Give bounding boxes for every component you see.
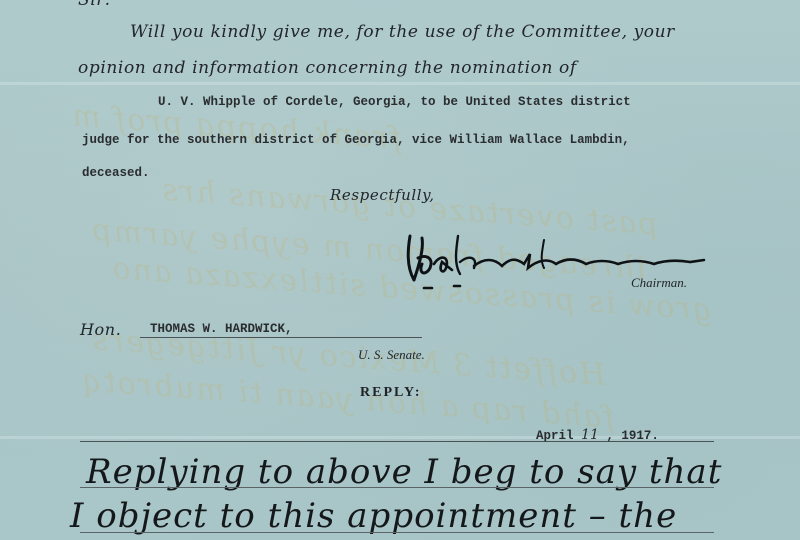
nomination-line-1: U. V. Whipple of Cordele, Georgia, to be… xyxy=(158,95,631,109)
addressee-rule xyxy=(140,337,422,338)
reply-heading: REPLY: xyxy=(360,385,422,401)
paper-fold xyxy=(0,436,800,439)
document-page: frank hoppg prof m past overtaze ot gorw… xyxy=(0,0,800,540)
date-year: , 1917. xyxy=(606,429,659,443)
salutation: Sir: xyxy=(78,0,111,10)
reply-rule xyxy=(80,487,714,488)
closing: Respectfully, xyxy=(330,186,435,204)
reply-date: April 11 , 1917. xyxy=(536,427,659,443)
letter-body-line-1: Will you kindly give me, for the use of … xyxy=(130,22,675,42)
handwritten-reply-line-1: Replying to above I beg to say that xyxy=(86,452,722,492)
addressee-body: U. S. Senate. xyxy=(358,347,425,363)
letter-body-line-2: opinion and information concerning the n… xyxy=(78,58,577,78)
nomination-line-3: deceased. xyxy=(82,166,150,180)
addressee-name: THOMAS W. HARDWICK, xyxy=(150,322,293,336)
signer-title: Chairman. xyxy=(631,275,687,291)
paper-fold xyxy=(0,82,800,85)
addressee-prefix: Hon. xyxy=(80,320,121,339)
nomination-line-2: judge for the southern district of Georg… xyxy=(82,133,630,147)
handwritten-reply-line-2: I object to this appointment – the xyxy=(70,496,677,536)
date-month: April xyxy=(536,429,574,443)
date-day-handwritten: 11 xyxy=(581,427,599,443)
reply-rule xyxy=(80,532,714,533)
